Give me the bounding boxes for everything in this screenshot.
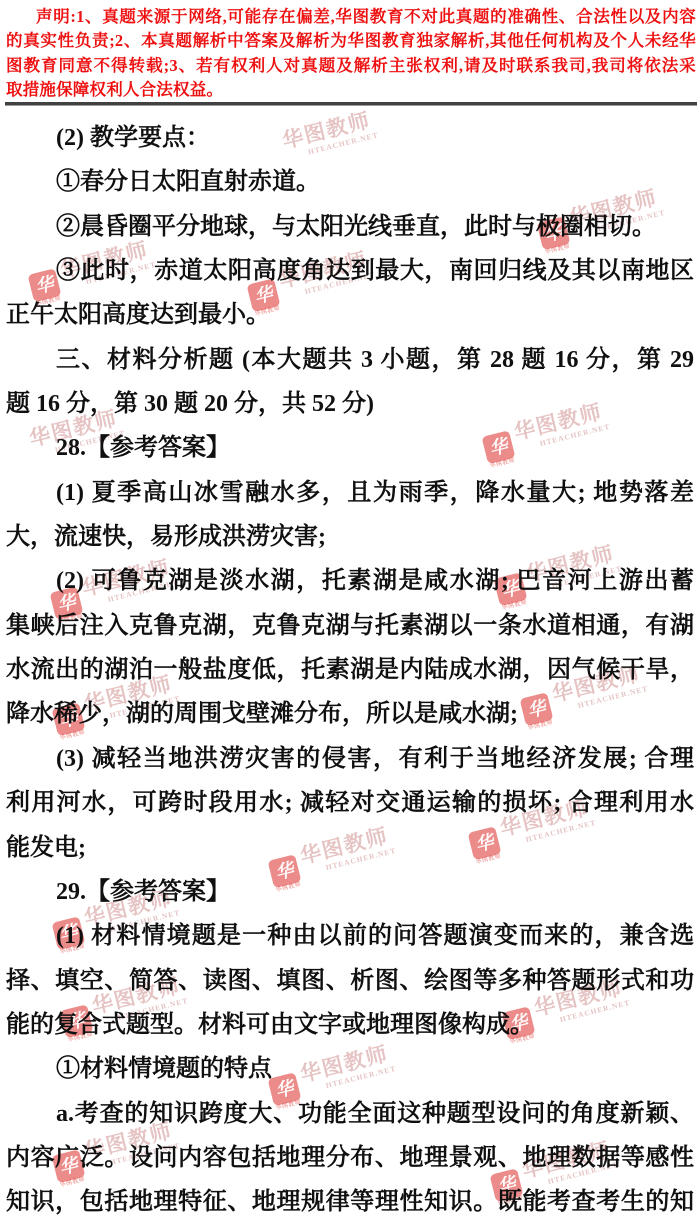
- text-line: ②晨昏圈平分地球，与太阳光线垂直，此时与极圈相切。: [6, 205, 694, 249]
- text-line: 能的复合式题型。材料可由文字或地理图像构成。: [6, 1003, 694, 1047]
- text-line: (1) 材料情境题是一种由以前的问答题演变而来的，兼含选: [6, 914, 694, 958]
- text-line: (2) 教学要点：: [6, 116, 694, 160]
- text-line: a.考查的知识跨度大、功能全面这种题型设问的角度新颖、: [6, 1092, 694, 1136]
- text-line: 知识，包括地理特征、地理规律等理性知识。既能考查考生的知: [6, 1180, 694, 1219]
- text-line: 大，流速快，易形成洪涝灾害;: [6, 515, 694, 559]
- text-line: (2) 可鲁克湖是淡水湖，托素湖是咸水湖; 巴音河上游出蓄: [6, 559, 694, 603]
- text-line: 水流出的湖泊一般盐度低，托素湖是内陆成水湖，因气候干旱，: [6, 648, 694, 692]
- text-line: 正午太阳高度达到最小。: [6, 293, 694, 337]
- text-line: 题 16 分，第 30 题 20 分，共 52 分): [6, 382, 694, 426]
- text-line: ①春分日太阳直射赤道。: [6, 160, 694, 204]
- text-line: 择、填空、简答、读图、填图、析图、绘图等多种答题形式和功: [6, 959, 694, 1003]
- text-line: 29.【参考答案】: [6, 870, 694, 914]
- text-line: (1) 夏季高山冰雪融水多，且为雨季，降水量大; 地势落差: [6, 471, 694, 515]
- text-line: ③此时，赤道太阳高度角达到最大，南回归线及其以南地区: [6, 249, 694, 293]
- text-line: 28.【参考答案】: [6, 426, 694, 470]
- text-line: (3) 减轻当地洪涝灾害的侵害，有利于当地经济发展; 合理: [6, 737, 694, 781]
- answer-text: (2) 教学要点：①春分日太阳直射赤道。②晨昏圈平分地球，与太阳光线垂直，此时与…: [6, 116, 694, 1219]
- text-line: 内容广泛。设问内容包括地理分布、地理景观、地理数据等感性: [6, 1136, 694, 1180]
- text-line: 三、材料分析题 (本大题共 3 小题，第 28 题 16 分，第 29: [6, 338, 694, 382]
- text-line: 能发电;: [6, 826, 694, 870]
- text-line: 利用河水，可跨时段用水; 减轻对交通运输的损坏; 合理利用水: [6, 781, 694, 825]
- text-line: 降水稀少，湖的周围戈壁滩分布，所以是咸水湖;: [6, 692, 694, 736]
- text-line: 集峡后注入克鲁克湖，克鲁克湖与托素湖以一条水道相通，有湖: [6, 604, 694, 648]
- document-page: 华华图教师华图教师HTEACHER.NET华华图教师华图教师HTEACHER.N…: [0, 0, 700, 1219]
- text-line: ①材料情境题的特点: [6, 1047, 694, 1091]
